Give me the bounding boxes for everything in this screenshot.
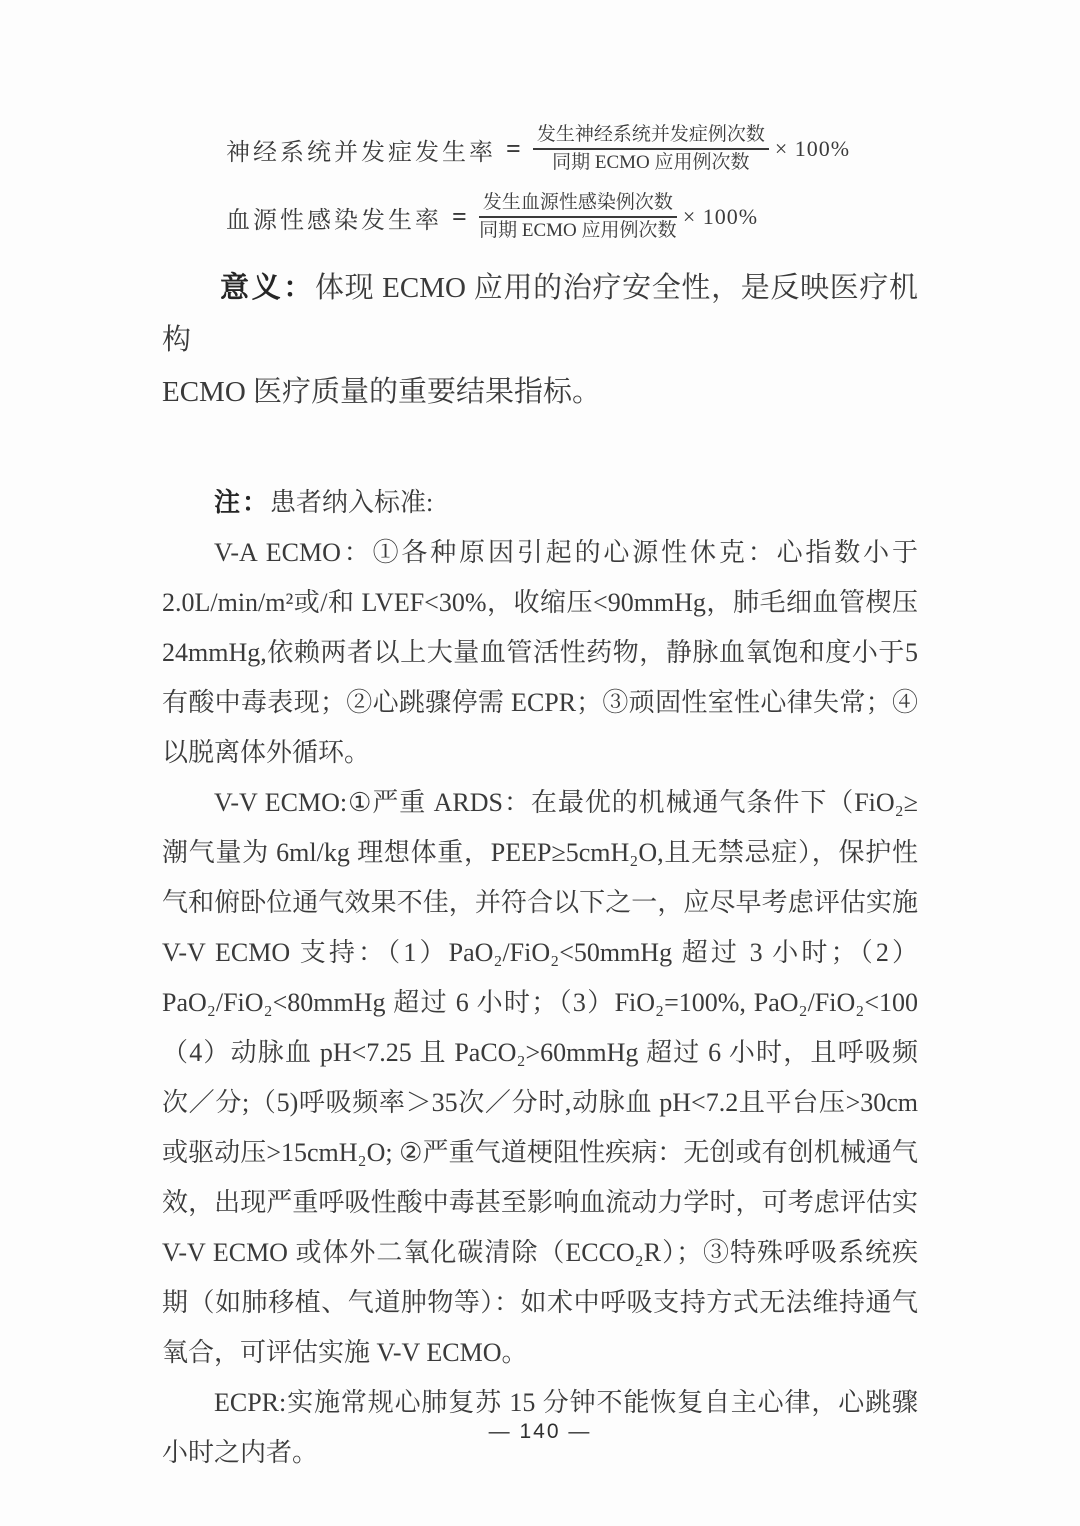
significance-label: 意义： <box>220 272 315 304</box>
text-line: 效，出现严重呼吸性酸中毒甚至影响血流动力学时，可考虑评估实施 <box>162 1178 918 1228</box>
text-line: 次／分;（5)呼吸频率＞35次／分时,动脉血 pH<7.2且平台压>30cmH₂… <box>162 1078 918 1128</box>
fraction: 发生神经系统并发症例次数 同期 ECMO 应用例次数 <box>533 124 769 174</box>
formula-multiplier: × 100% <box>683 204 758 230</box>
equals-sign: = <box>506 134 521 164</box>
text-line: ECMO 医疗质量的重要结果指标。 <box>162 366 918 418</box>
text-line: 24mmHg,依赖两者以上大量血管活性药物，静脉血氧饱和度小于55%, <box>162 628 918 678</box>
significance-paragraph: 意义：体现 ECMO 应用的治疗安全性，是反映医疗机构 ECMO 医疗质量的重要… <box>162 262 918 418</box>
document-page: 神经系统并发症发生率 = 发生神经系统并发症例次数 同期 ECMO 应用例次数 … <box>0 0 1080 1526</box>
text-line: 潮气量为 6ml/kg 理想体重，PEEP≥5cmH₂O,且无禁忌症），保护性通 <box>162 828 918 878</box>
fraction-denominator: 同期 ECMO 应用例次数 <box>552 150 749 174</box>
text-line: PaO₂/FiO₂<80mmHg 超过 6 小时；（3）FiO₂=100%, P… <box>162 978 918 1028</box>
note-heading: 注：患者纳入标准: <box>162 478 918 528</box>
text-line: 2.0L/min/m²或/和 LVEF<30%，收缩压<90mmHg，肺毛细血管… <box>162 578 918 628</box>
text-line: 期（如肺移植、气道肿物等）：如术中呼吸支持方式无法维持通气及 <box>162 1278 918 1328</box>
formula-lhs: 血源性感染发生率 <box>226 200 442 235</box>
text-line: 气和俯卧位通气效果不佳，并符合以下之一，应尽早考虑评估实施 <box>162 878 918 928</box>
formula-block: 神经系统并发症发生率 = 发生神经系统并发症例次数 同期 ECMO 应用例次数 … <box>226 120 918 246</box>
text-line: 氧合，可评估实施 V-V ECMO。 <box>162 1328 918 1378</box>
formula-multiplier: × 100% <box>775 136 850 162</box>
text-line: V-V ECMO 或体外二氧化碳清除（ECCO₂R）；③特殊呼吸系统疾病围术 <box>162 1228 918 1278</box>
fraction-numerator: 发生血源性感染例次数 <box>479 192 677 218</box>
note-label: 注： <box>214 488 270 517</box>
fraction-numerator: 发生神经系统并发症例次数 <box>533 124 769 150</box>
text-line: V-A ECMO：①各种原因引起的心源性休克：心指数小于 <box>162 528 918 578</box>
text-line: （4）动脉血 pH<7.25 且 PaCO₂>60mmHg 超过 6 小时，且呼… <box>162 1028 918 1078</box>
formula-bloodstream-infection-rate: 血源性感染发生率 = 发生血源性感染例次数 同期 ECMO 应用例次数 × 10… <box>226 188 918 246</box>
text-line: 意义：体现 ECMO 应用的治疗安全性，是反映医疗机构 <box>162 262 918 366</box>
note-section: 注：患者纳入标准: V-A ECMO：①各种原因引起的心源性休克：心指数小于 2… <box>162 478 918 1478</box>
text-line: V-V ECMO 支持：（1）PaO₂/FiO₂<50mmHg 超过 3 小时；… <box>162 928 918 978</box>
text-line: V-V ECMO:①严重 ARDS：在最优的机械通气条件下（FiO₂≥0.8, <box>162 778 918 828</box>
text-line: 有酸中毒表现；②心跳骤停需 ECPR；③顽固性室性心律失常；④难 <box>162 678 918 728</box>
page-content: 神经系统并发症发生率 = 发生神经系统并发症例次数 同期 ECMO 应用例次数 … <box>0 0 1080 1478</box>
text-line: 以脱离体外循环。 <box>162 728 918 778</box>
fraction: 发生血源性感染例次数 同期 ECMO 应用例次数 <box>479 192 677 242</box>
text-line: 或驱动压>15cmH₂O; ②严重气道梗阻性疾病：无创或有创机械通气无 <box>162 1128 918 1178</box>
fraction-denominator: 同期 ECMO 应用例次数 <box>479 218 676 242</box>
formula-neuro-complication-rate: 神经系统并发症发生率 = 发生神经系统并发症例次数 同期 ECMO 应用例次数 … <box>226 120 918 178</box>
note-heading-text: 患者纳入标准: <box>270 488 433 517</box>
equals-sign: = <box>452 202 467 232</box>
page-number: — 140 — <box>0 1420 1080 1444</box>
formula-lhs: 神经系统并发症发生率 <box>226 132 496 167</box>
